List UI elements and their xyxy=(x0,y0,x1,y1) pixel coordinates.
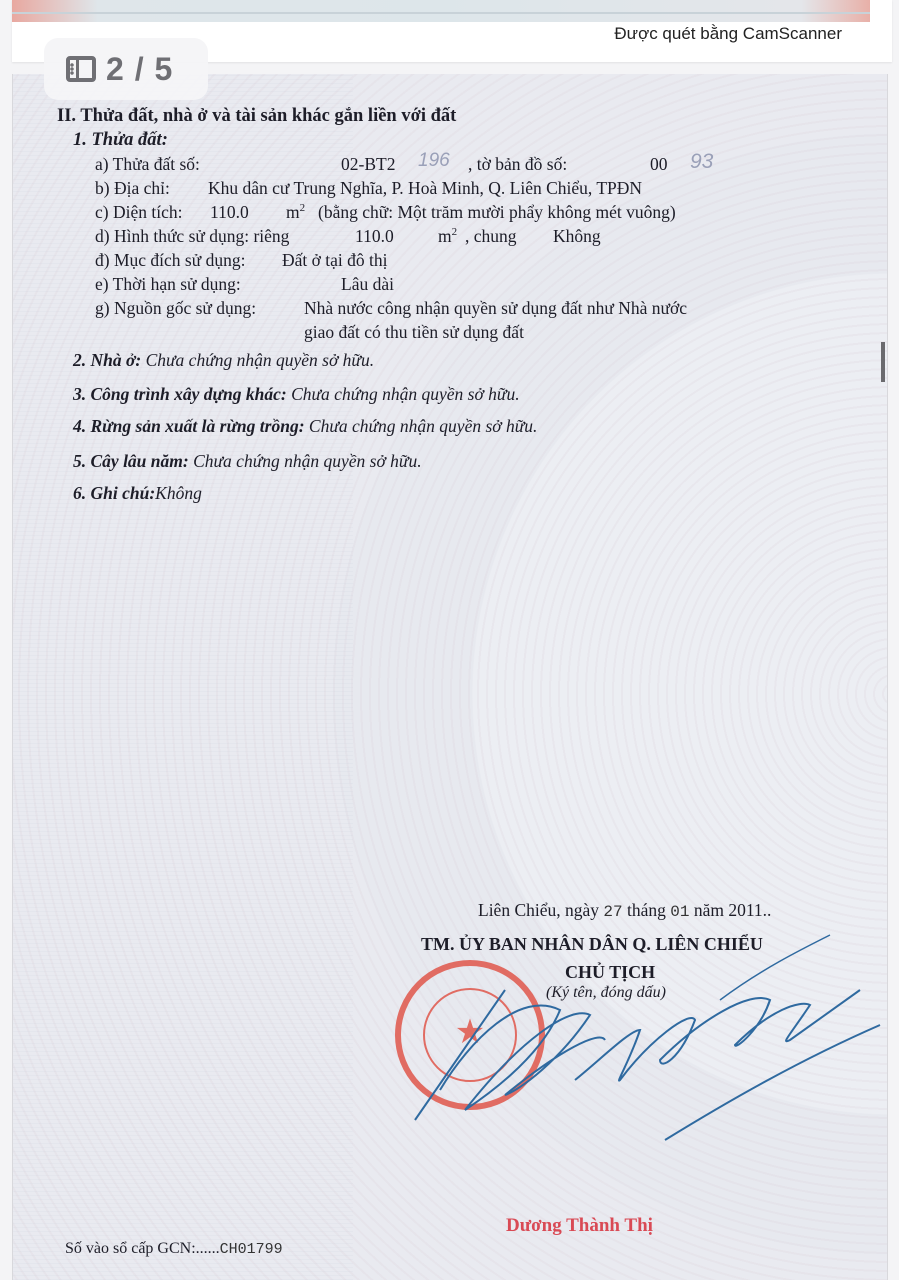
item-value: Chưa chứng nhận quyền sở hữu. xyxy=(305,416,538,436)
item-production-forest: 4. Rừng sản xuất là rừng trồng: Chưa chứ… xyxy=(73,416,537,437)
registry-number: Số vào sổ cấp GCN:......CH01799 xyxy=(65,1240,283,1258)
field-dd-value: Đất ở tại đô thị xyxy=(282,250,388,271)
camscanner-watermark: Được quét bằng CamScanner xyxy=(614,24,842,44)
field-d-private: 110.0 xyxy=(355,226,394,247)
field-b-label: b) Địa chỉ: xyxy=(95,178,170,199)
date-year-label: năm xyxy=(694,900,724,920)
item-label: 5. Cây lâu năm: xyxy=(73,451,189,471)
item-label: 2. Nhà ở: xyxy=(73,350,141,370)
item-label: 3. Công trình xây dựng khác: xyxy=(73,384,287,404)
item-perennial-trees: 5. Cây lâu năm: Chưa chứng nhận quyền sở… xyxy=(73,451,422,472)
field-dd-label: đ) Mục đích sử dụng: xyxy=(95,250,245,271)
item-notes: 6. Ghi chú:Không xyxy=(73,483,202,504)
issue-date: Liên Chiểu, ngày 27 tháng 01 năm 2011.. xyxy=(478,900,771,921)
field-c-label: c) Diện tích: xyxy=(95,202,182,223)
item-value: Chưa chứng nhận quyền sở hữu. xyxy=(189,451,422,471)
date-month: 01 xyxy=(670,903,689,921)
page-counter: 2 / 5 xyxy=(106,51,173,88)
item-label: 4. Rừng sản xuất là rừng trồng: xyxy=(73,416,305,436)
section-title: II. Thửa đất, nhà ở và tài sản khác gắn … xyxy=(57,106,456,127)
previous-page-banner xyxy=(12,0,870,22)
page-layout-icon xyxy=(66,56,96,82)
sign-note: (Ký tên, đóng dấu) xyxy=(546,984,666,1002)
date-prefix: Liên Chiểu, ngày xyxy=(478,900,599,920)
map-sheet-label: , tờ bản đồ số: xyxy=(468,154,567,175)
map-sheet-handwritten: 93 xyxy=(690,150,713,174)
field-c-value: 110.0 xyxy=(210,202,249,223)
official-seal: ★ xyxy=(395,960,545,1110)
field-a-handwritten: 196 xyxy=(418,150,450,172)
date-year: 2011.. xyxy=(728,900,771,920)
item-label: 6. Ghi chú: xyxy=(73,483,155,503)
item-value: Chưa chứng nhận quyền sở hữu. xyxy=(287,384,520,404)
unit-text: m xyxy=(286,202,300,222)
item-value: Chưa chứng nhận quyền sở hữu. xyxy=(141,350,374,370)
field-c-unit: m2 xyxy=(286,202,305,223)
field-g-label: g) Nguồn gốc sử dụng: xyxy=(95,298,256,319)
field-e-value: Lâu dài xyxy=(341,274,394,295)
date-day: 27 xyxy=(603,903,622,921)
field-g-value-line1: Nhà nước công nhận quyền sử dụng đất như… xyxy=(304,298,687,319)
page-indicator[interactable]: 2 / 5 xyxy=(44,38,208,100)
field-a-value: 02-BT2 xyxy=(341,154,395,175)
field-d-unit: m2 xyxy=(438,226,457,247)
item-house: 2. Nhà ở: Chưa chứng nhận quyền sở hữu. xyxy=(73,350,374,371)
position-title: CHỦ TỊCH xyxy=(565,962,655,983)
star-emblem-icon: ★ xyxy=(455,1012,485,1052)
item-value: Không xyxy=(155,483,202,503)
page-edge-mark xyxy=(881,342,885,382)
field-a-label: a) Thửa đất số: xyxy=(95,154,200,175)
field-d-shared-value: Không xyxy=(553,226,601,247)
item-other-construction: 3. Công trình xây dựng khác: Chưa chứng … xyxy=(73,384,520,405)
registry-value: CH01799 xyxy=(220,1241,283,1258)
land-heading: 1. Thửa đất: xyxy=(73,130,168,151)
authority-title: TM. ỦY BAN NHÂN DÂN Q. LIÊN CHIỂU xyxy=(421,934,763,955)
registry-label: Số vào sổ cấp GCN:...... xyxy=(65,1240,220,1257)
unit-text: m xyxy=(438,226,452,246)
field-d-label: d) Hình thức sử dụng: riêng xyxy=(95,226,289,247)
field-g-value-line2: giao đất có thu tiền sử dụng đất xyxy=(304,322,524,343)
field-d-shared-label: , chung xyxy=(465,226,517,247)
date-month-label: tháng xyxy=(627,900,666,920)
field-c-words: (bằng chữ: Một trăm mười phẩy không mét … xyxy=(318,202,676,223)
map-sheet-value: 00 xyxy=(650,154,668,175)
field-e-label: e) Thời hạn sử dụng: xyxy=(95,274,241,295)
field-b-value: Khu dân cư Trung Nghĩa, P. Hoà Minh, Q. … xyxy=(208,178,642,199)
signer-name: Dương Thành Thị xyxy=(506,1215,653,1237)
